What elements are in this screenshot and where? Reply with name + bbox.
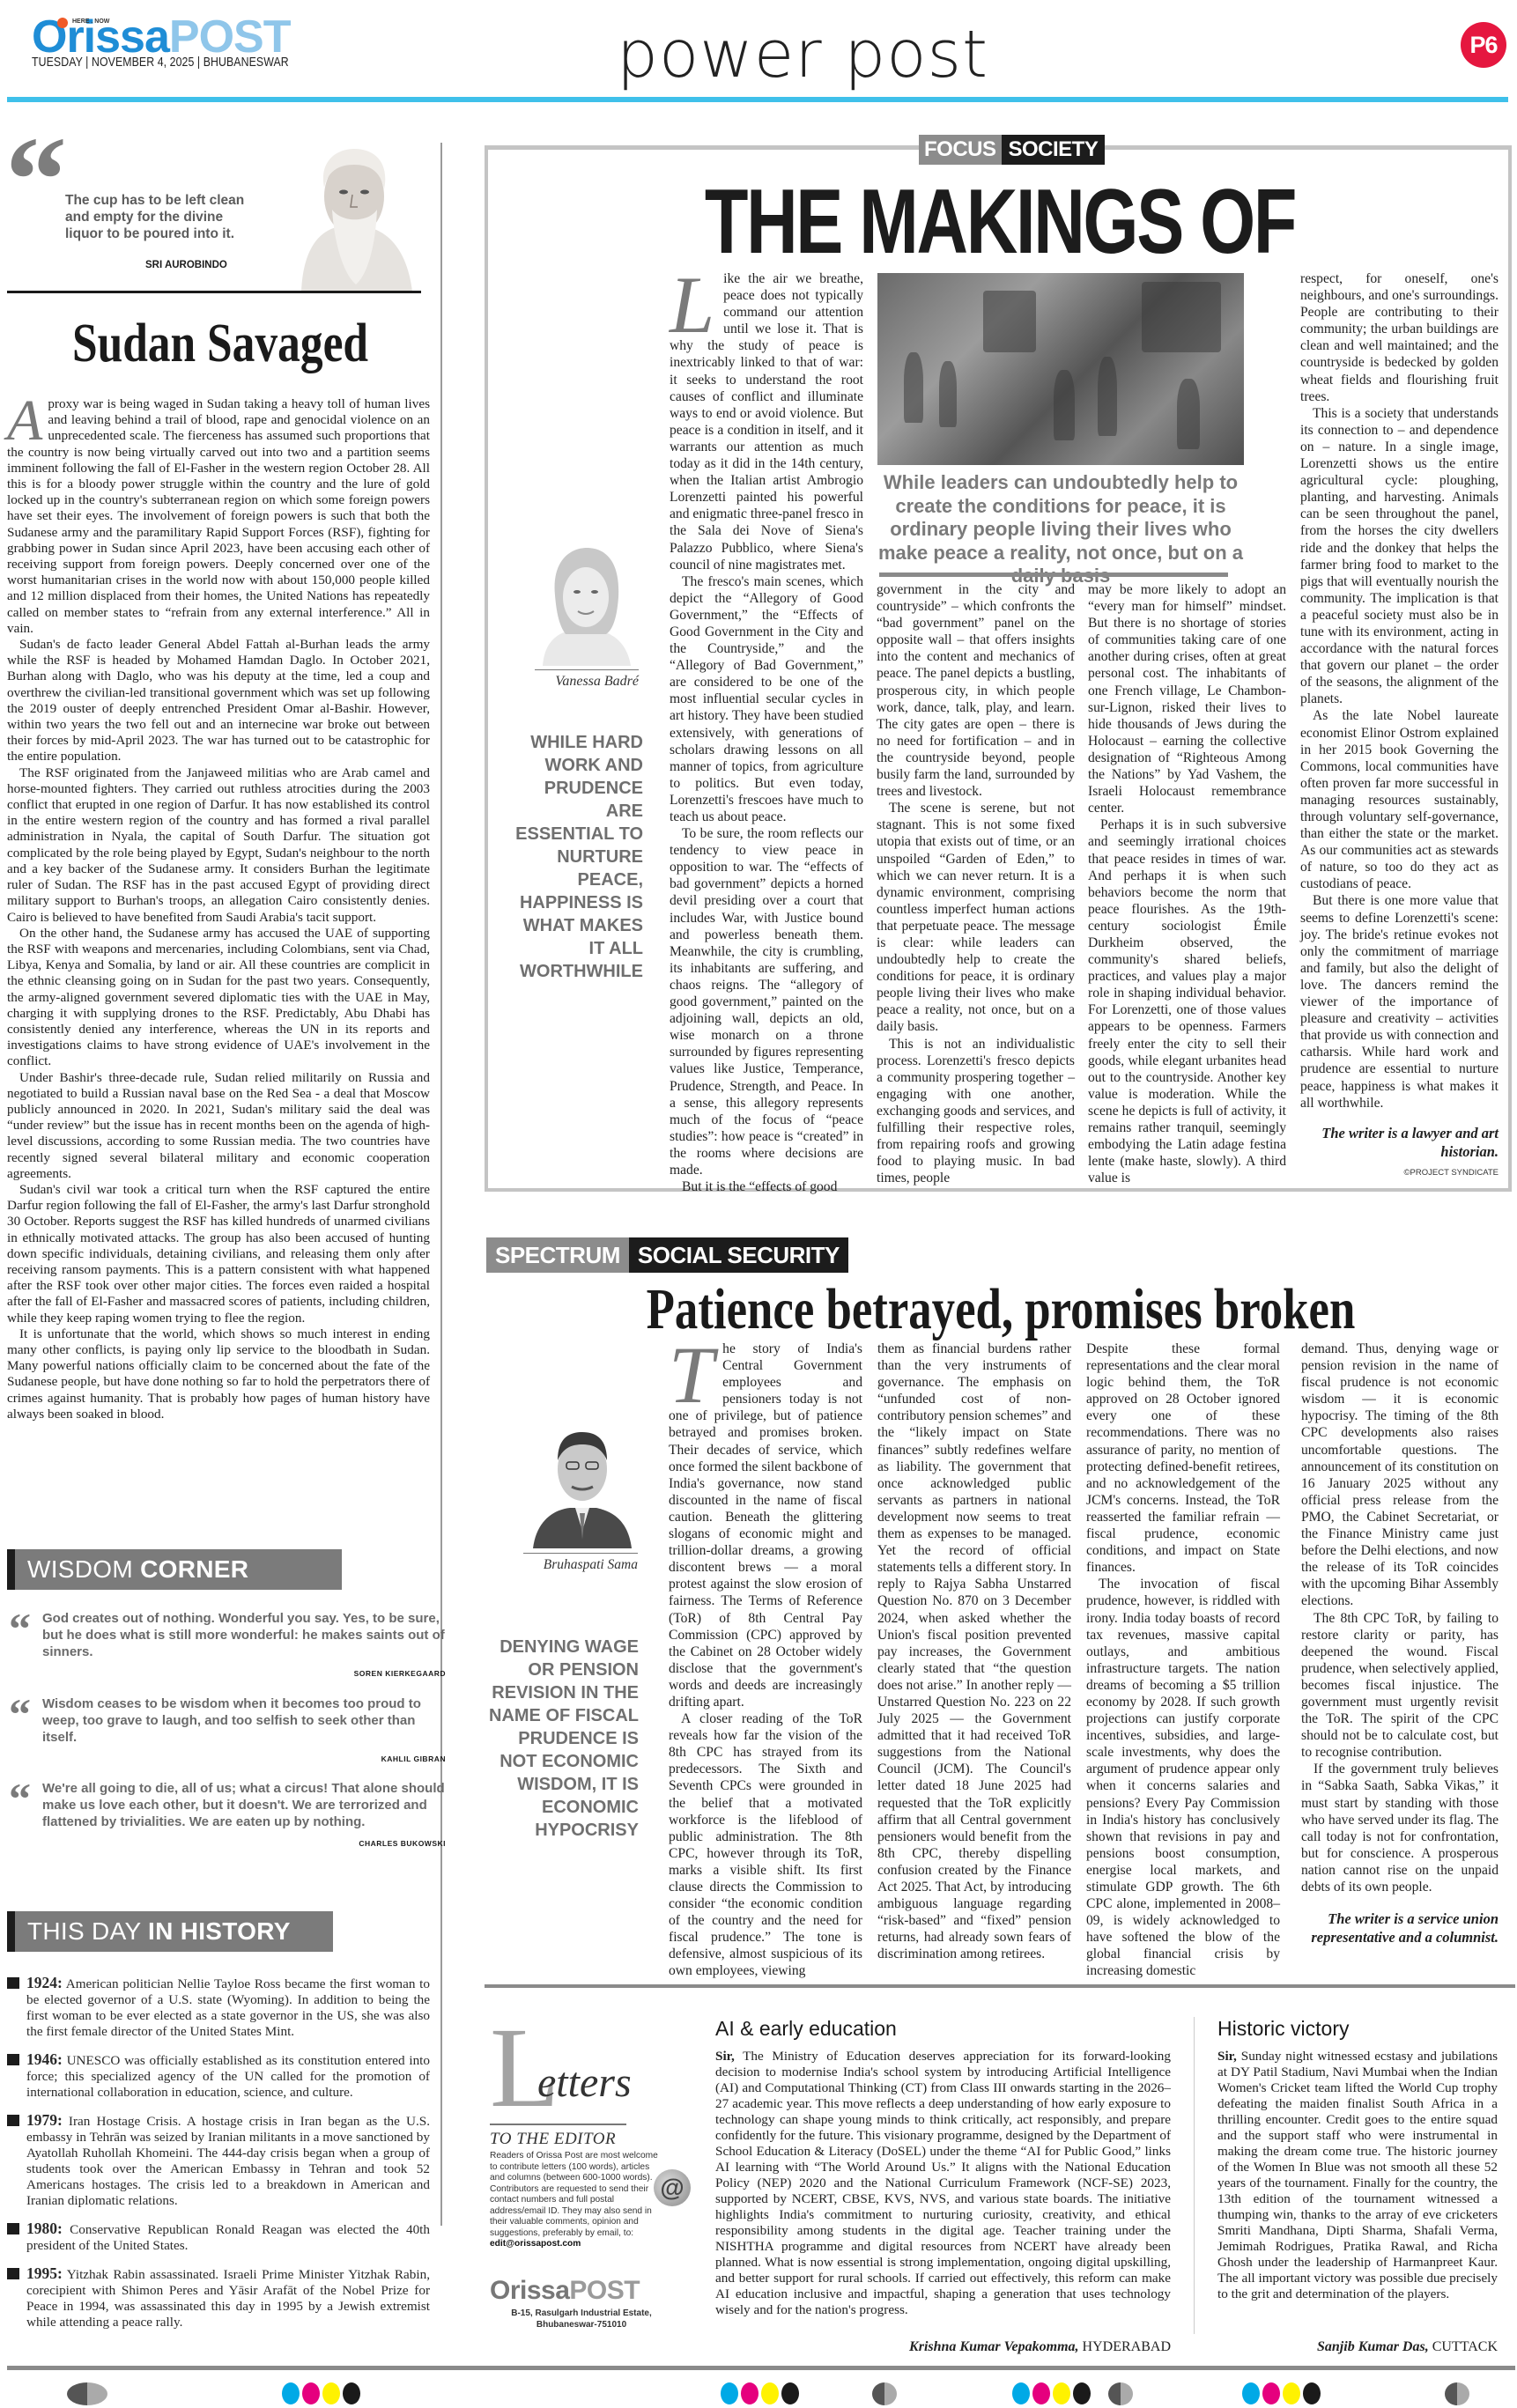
header-light: WISDOM — [27, 1555, 140, 1583]
registration-mark-icon — [872, 2382, 897, 2405]
cmyk-color-bar-icon — [1242, 2382, 1321, 2404]
wisdom-quote-text: Wisdom ceases to be wisdom when it becom… — [42, 1695, 446, 1746]
cmyk-color-bar-icon — [1012, 2382, 1091, 2404]
letters-rule — [490, 2124, 626, 2125]
tag-society: SOCIETY — [1002, 135, 1106, 165]
history-year: 1980: — [26, 2220, 63, 2237]
byline-rule — [535, 669, 639, 670]
history-text: Yitzhak Rabin assassinated. Israeli Prim… — [26, 2267, 430, 2330]
square-bullet-icon — [7, 2223, 19, 2234]
footer-rule — [7, 2366, 1515, 2370]
history-year: 1979: — [26, 2111, 63, 2129]
office-address: B-15, Rasulgarh Industrial Estate, Bhuba… — [502, 2308, 661, 2330]
focus-section-tag: FOCUSSOCIETY — [919, 135, 1105, 165]
sri-aurobindo-portrait — [284, 144, 421, 292]
header-bold: CORNER — [140, 1555, 248, 1583]
writer-note: The writer is a lawyer and art historian… — [1300, 1124, 1498, 1161]
letter-heading: Historic victory — [1217, 2017, 1350, 2041]
wisdom-quote-author: KAHLIL GIBRAN — [7, 1754, 446, 1763]
wisdom-quote-author: CHARLES BUKOWSKI — [7, 1839, 446, 1848]
letters-subtitle: TO THE EDITOR — [490, 2130, 616, 2149]
letter-body: Sir, Sunday night witnessed ecstasy and … — [1217, 2049, 1498, 2302]
paragraph: Under Bashir's three-decade rule, Sudan … — [7, 1070, 430, 1182]
byline-rule — [523, 1553, 638, 1554]
letter-heading: AI & early education — [715, 2017, 897, 2041]
article-column: Despite these formal representations and… — [1086, 1341, 1280, 1980]
paragraph: may be more likely to adopt an “every ma… — [1088, 581, 1286, 816]
wisdom-corner-header: WISDOM CORNER — [7, 1549, 342, 1590]
wisdom-quote: “ We're all going to die, all of us; wha… — [7, 1780, 446, 1848]
paragraph: Despite these formal representations and… — [1086, 1341, 1280, 1576]
history-text: Conservative Republican Ronald Reagan wa… — [26, 2222, 430, 2253]
logo-tagline: HERE . NOW — [72, 18, 109, 25]
paragraph: But it is the “effects of good — [670, 1178, 863, 1195]
dropcap: L — [670, 274, 714, 336]
author-name: Vanessa Badré — [533, 674, 639, 690]
paragraph: The RSF originated from the Janjaweed mi… — [7, 765, 430, 926]
history-item: 1979: Iran Hostage Crisis. A hostage cri… — [7, 2112, 430, 2209]
letter-city: HYDERABAD — [1079, 2339, 1171, 2354]
header-bold: IN HISTORY — [148, 1917, 291, 1945]
article-column: Like the air we breathe, peace does not … — [670, 270, 863, 1195]
history-text: UNESCO was officially established as its… — [26, 2053, 430, 2100]
letter-signoff: Sanjib Kumar Das, CUTTACK — [1217, 2339, 1498, 2355]
paragraph: A closer reading of the ToR reveals how … — [669, 1710, 862, 1980]
cmyk-color-bar-icon — [721, 2382, 799, 2404]
quote-mark-icon: “ — [9, 1607, 31, 1651]
letter-text: The Ministry of Education deserves appre… — [715, 2049, 1171, 2317]
square-bullet-icon — [7, 1977, 19, 1989]
letter-signoff: Krishna Kumar Vepakomma, HYDERABAD — [715, 2339, 1171, 2355]
wisdom-quote-text: We're all going to die, all of us; what … — [42, 1780, 446, 1830]
square-bullet-icon — [7, 2268, 19, 2279]
quote-of-day-text: The cup has to be left clean and empty f… — [65, 192, 255, 242]
letters-info-text: Readers of Orissa Post are most welcome … — [490, 2151, 658, 2238]
letter-text: Sunday night witnessed ecstasy and jubil… — [1217, 2049, 1498, 2301]
history-item: 1946: UNESCO was officially established … — [7, 2051, 430, 2101]
history-year: 1946: — [26, 2050, 63, 2068]
paragraph: On the other hand, the Sudanese army has… — [7, 926, 430, 1070]
paragraph: It is unfortunate that the world, which … — [7, 1326, 430, 1422]
history-item: 1924: American politician Nellie Tayloe … — [7, 1975, 430, 2040]
history-text: Iran Hostage Crisis. A hostage crisis in… — [26, 2114, 430, 2208]
article-column: them as financial burdens rather than th… — [877, 1341, 1071, 1962]
dateline: TUESDAY | NOVEMBER 4, 2025 | BHUBANESWAR — [32, 55, 289, 70]
registration-mark-icon — [1108, 2382, 1133, 2405]
history-item: 1980: Conservative Republican Ronald Rea… — [7, 2220, 430, 2254]
letters-email-link[interactable]: edit@orissapost.com — [490, 2239, 666, 2250]
letter-signer: Krishna Kumar Vepakomma, — [909, 2339, 1079, 2354]
cmyk-color-bar-icon — [282, 2382, 360, 2404]
dropcap: T — [669, 1344, 714, 1406]
paragraph: Sudan's de facto leader General Abdel Fa… — [7, 637, 430, 765]
quote-of-day-author: SRI AUROBINDO — [145, 260, 227, 270]
tag-social-security: SOCIAL SECURITY — [629, 1237, 848, 1273]
letter-salutation: Sir, — [715, 2049, 735, 2064]
wisdom-quote-author: SOREN KIERKEGAARD — [7, 1669, 446, 1678]
masthead-logo[interactable]: OrissaPOST — [32, 14, 290, 60]
letter-salutation: Sir, — [1217, 2049, 1237, 2064]
article-column: may be more likely to adopt an “every ma… — [1088, 581, 1286, 1186]
paragraph: demand. Thus, denying wage or pension re… — [1301, 1341, 1498, 1610]
paragraph: This is not an individualistic process. … — [877, 1036, 1075, 1187]
syndicate-credit: ©PROJECT SYNDICATE — [1300, 1164, 1498, 1181]
quote-divider — [7, 291, 421, 293]
quote-mark-icon: “ — [5, 132, 67, 229]
side-pull-quote: WHILE HARD WORK AND PRUDENCE ARE ESSENTI… — [507, 731, 643, 983]
article-column: demand. Thus, denying wage or pension re… — [1301, 1341, 1498, 1946]
header-light: THIS DAY — [27, 1917, 148, 1945]
side-pull-quote: DENYING WAGE OR PENSION REVISION IN THE … — [487, 1636, 639, 1842]
paragraph: government in the city and countryside” … — [877, 581, 1075, 800]
registration-mark-icon — [67, 2382, 107, 2405]
column-divider — [1194, 2017, 1195, 2334]
logo-orissa: Orissa — [490, 2276, 569, 2305]
writer-note: The writer is a service union representa… — [1301, 1909, 1498, 1946]
history-year: 1995: — [26, 2264, 63, 2282]
masthead-rule — [7, 97, 1508, 102]
square-bullet-icon — [7, 2054, 19, 2065]
quote-mark-icon: “ — [9, 1776, 31, 1821]
spectrum-section-tag: SPECTRUMSOCIAL SECURITY — [486, 1237, 848, 1273]
paragraph: them as financial burdens rather than th… — [877, 1341, 1071, 1962]
history-list: 1924: American politician Nellie Tayloe … — [7, 1975, 430, 2342]
letters-title: etters — [537, 2061, 632, 2105]
paragraph: Perhaps it is in such subversive and see… — [1088, 816, 1286, 1186]
editorial-body: Aproxy war is being waged in Sudan takin… — [7, 396, 430, 1422]
this-day-header: THIS DAY IN HISTORY — [7, 1911, 333, 1952]
letters-info: Readers of Orissa Post are most welcome … — [490, 2151, 666, 2250]
article-column: government in the city and countryside” … — [877, 581, 1075, 1186]
tag-focus: FOCUS — [919, 135, 1002, 165]
fresco-image — [877, 273, 1244, 465]
author-portrait-vanessa — [536, 543, 634, 666]
letter-city: CUTTACK — [1429, 2339, 1498, 2354]
dropcap: A — [7, 398, 42, 444]
tag-spectrum: SPECTRUM — [486, 1237, 629, 1273]
paragraph: proxy war is being waged in Sudan taking… — [7, 396, 430, 636]
wisdom-quote: “ Wisdom ceases to be wisdom when it bec… — [7, 1695, 446, 1763]
paragraph: This is a society that understands its c… — [1300, 405, 1498, 708]
column-divider — [440, 143, 442, 2226]
section-rule — [485, 1984, 1515, 1988]
paragraph: As the late Nobel laureate economist Eli… — [1300, 707, 1498, 892]
paragraph: The 8th CPC ToR, by failing to restore c… — [1301, 1610, 1498, 1762]
paragraph: respect, for oneself, one's neighbours, … — [1300, 270, 1498, 405]
page-number-badge: P6 — [1461, 22, 1506, 68]
paragraph: But there is one more value that seems t… — [1300, 892, 1498, 1111]
letters-logo: OrissaPOST — [490, 2276, 640, 2306]
paragraph: To be sure, the room reflects our tenden… — [670, 825, 863, 1178]
quote-mark-icon: “ — [9, 1692, 31, 1736]
paragraph: The scene is serene, but not stagnant. T… — [877, 800, 1075, 1035]
email-at-icon: @ — [654, 2169, 691, 2206]
main-pull-quote: While leaders can undoubtedly help to cr… — [877, 471, 1244, 588]
letter-signer: Sanjib Kumar Das, — [1317, 2339, 1429, 2354]
pull-quote-rule — [879, 572, 1228, 577]
author-name: Bruhaspati Sama — [520, 1557, 638, 1573]
history-year: 1924: — [26, 1974, 63, 1991]
registration-mark-icon — [1445, 2382, 1469, 2405]
article-column: respect, for oneself, one's neighbours, … — [1300, 270, 1498, 1181]
square-bullet-icon — [7, 2115, 19, 2126]
logo-post: POST — [569, 2276, 640, 2305]
paragraph: If the government truly believes in “Sab… — [1301, 1761, 1498, 1895]
wisdom-quote: “ God creates out of nothing. Wonderful … — [7, 1610, 446, 1678]
editorial-title: Sudan Savaged — [38, 313, 403, 374]
logo-dot-icon — [57, 18, 68, 28]
letter-body: Sir, The Ministry of Education deserves … — [715, 2049, 1171, 2318]
paragraph: The fresco's main scenes, which depict t… — [670, 573, 863, 825]
section-title: power post — [617, 19, 988, 90]
paragraph: The invocation of fiscal prudence, howev… — [1086, 1576, 1280, 1979]
history-item: 1995: Yitzhak Rabin assassinated. Israel… — [7, 2265, 430, 2330]
wisdom-quote-text: God creates out of nothing. Wonderful yo… — [42, 1610, 446, 1660]
paragraph: Sudan's civil war took a critical turn w… — [7, 1182, 430, 1326]
author-portrait-bruhaspati — [526, 1416, 639, 1548]
history-text: American politician Nellie Tayloe Ross b… — [26, 1976, 430, 2039]
article-column: The story of India's Central Government … — [669, 1341, 862, 1980]
